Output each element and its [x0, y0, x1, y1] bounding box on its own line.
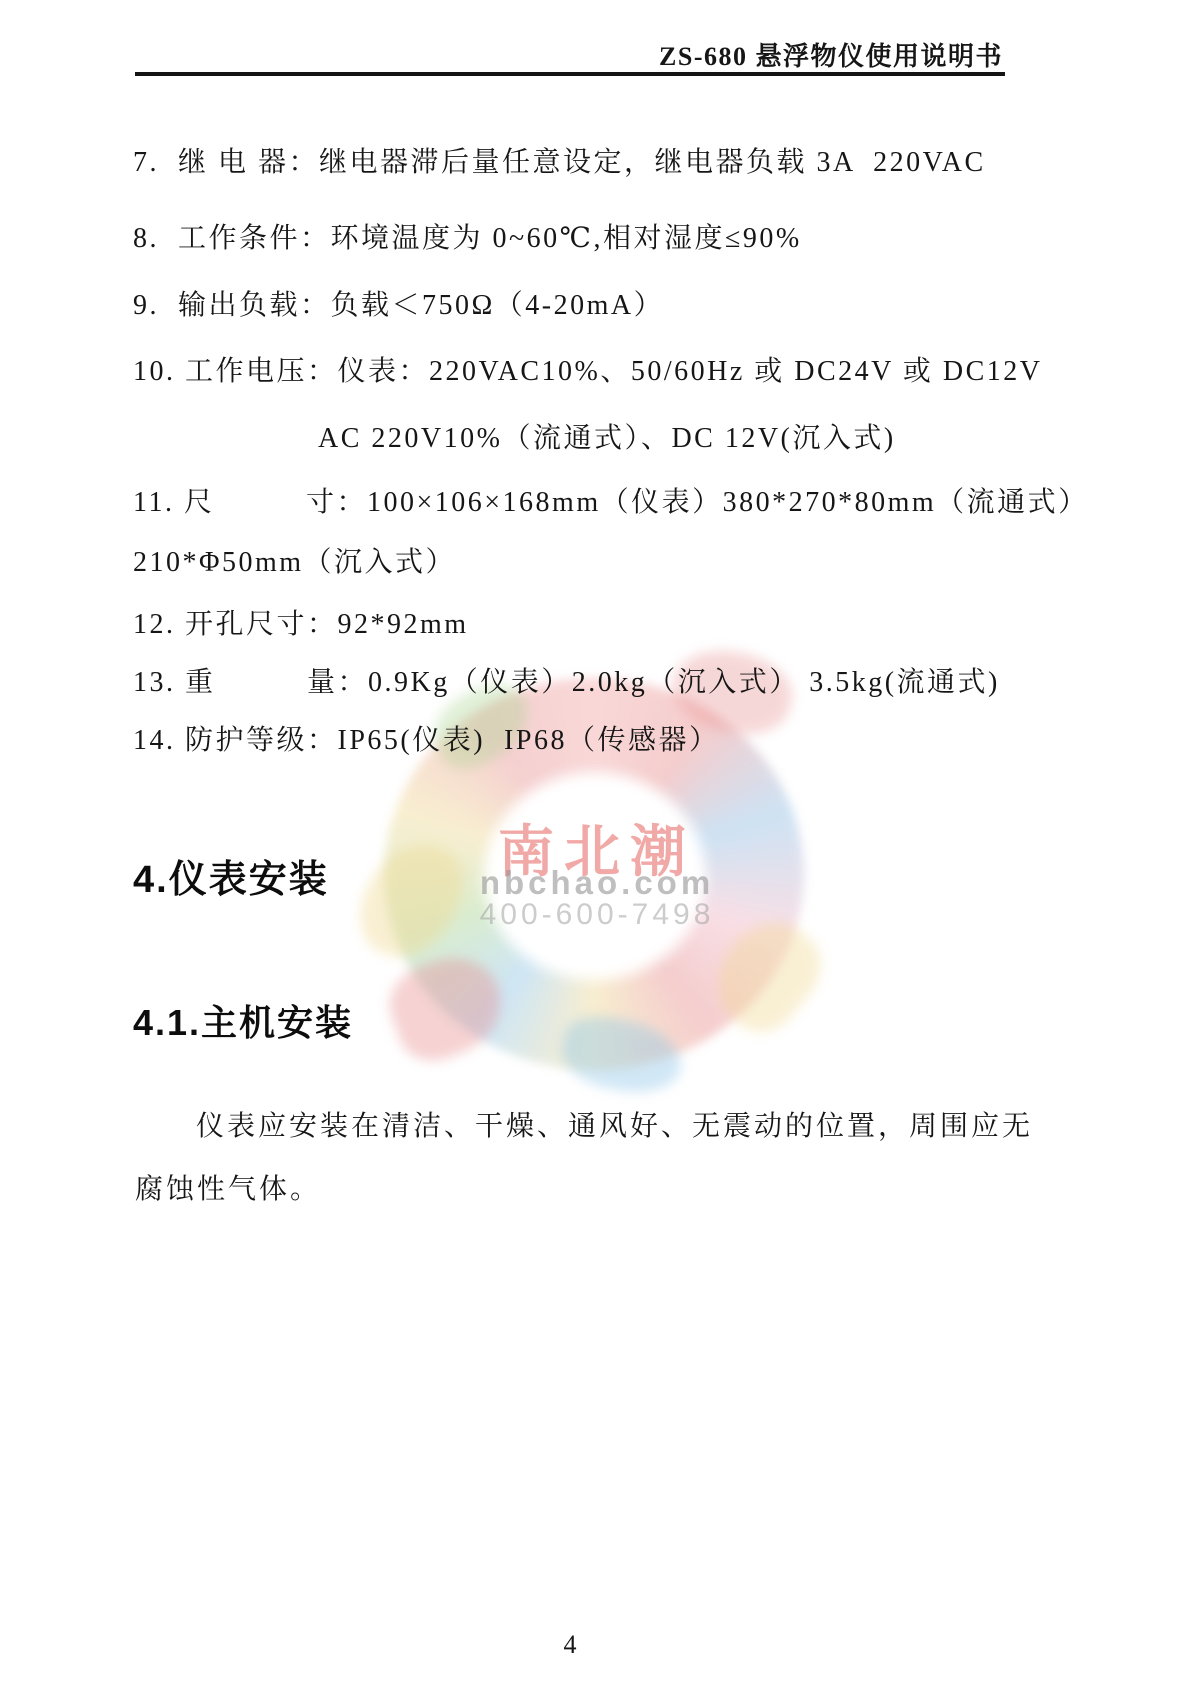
spec-line-8: 8. 工作条件：环境温度为 0~60℃,相对湿度≤90% — [133, 216, 802, 256]
spec-line-14: 14. 防护等级：IP65(仪表) IP68（传感器） — [133, 718, 719, 758]
spec-line-10: 10. 工作电压：仪表：220VAC10%、50/60Hz 或 DC24V 或 … — [133, 349, 1043, 389]
spec-line-13: 13. 重 量：0.9Kg（仪表）2.0kg（沉入式） 3.5kg(流通式) — [133, 660, 1000, 700]
document-page: 南北潮 nbchao.com 400-600-7498 ZS-680 悬浮物仪使… — [0, 0, 1200, 1697]
spec-line-10-cont: AC 220V10%（流通式）、DC 12V(沉入式) — [318, 416, 896, 456]
page-number: 4 — [135, 1630, 1005, 1660]
header-title: ZS-680 悬浮物仪使用说明书 — [135, 36, 1003, 73]
body-paragraph-line: 腐蚀性气体。 — [135, 1167, 321, 1207]
spec-line-11-cont: 210*Φ50mm（沉入式） — [133, 540, 456, 580]
spec-line-12: 12. 开孔尺寸：92*92mm — [133, 602, 469, 642]
watermark-phone: 400-600-7498 — [372, 898, 822, 932]
watermark-site: nbchao.com — [372, 864, 822, 902]
subsection-heading: 4.1.主机安装 — [133, 995, 353, 1046]
spec-line-9: 9. 输出负载：负载＜750Ω（4-20mA） — [133, 283, 664, 323]
section-heading: 4.仪表安装 — [133, 848, 329, 903]
header-divider — [135, 72, 1005, 76]
spec-line-7: 7. 继 电 器：继电器滞后量任意设定，继电器负载 3A 220VAC — [133, 140, 986, 180]
spec-line-11: 11. 尺 寸：100×106×168mm（仪表）380*270*80mm（流通… — [133, 480, 1089, 520]
body-paragraph-line: 仪表应安装在清洁、干燥、通风好、无震动的位置，周围应无 — [196, 1104, 1033, 1144]
